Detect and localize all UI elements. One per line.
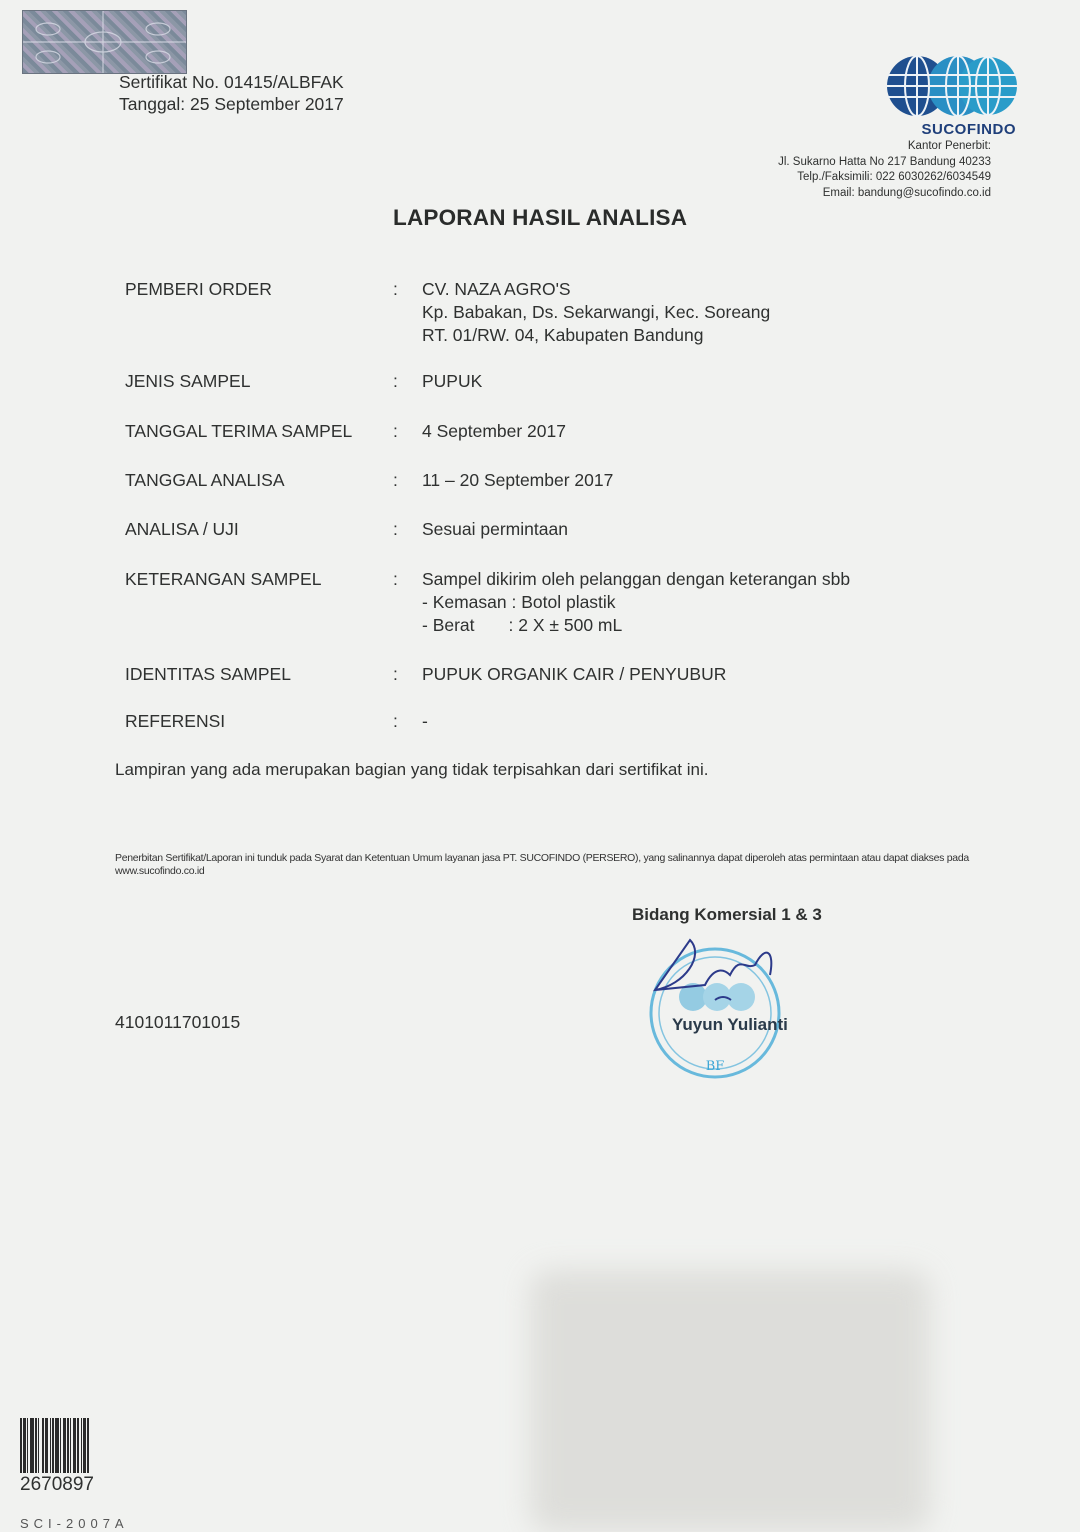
field-value: CV. NAZA AGRO'S Kp. Babakan, Ds. Sekarwa… [422, 278, 770, 347]
certificate-info: Sertifikat No. 01415/ALBFAK Tanggal: 25 … [119, 71, 344, 115]
form-code: SCI-2007A [20, 1516, 129, 1531]
hologram-security-seal [22, 10, 187, 74]
signature-department: Bidang Komersial 1 & 3 [632, 905, 822, 925]
sample-type: PUPUK [422, 370, 482, 393]
sample-packaging: - Kemasan : Botol plastik [422, 591, 850, 614]
client-address-line-2: RT. 01/RW. 04, Kabupaten Bandung [422, 324, 770, 347]
field-colon: : [393, 568, 398, 591]
certificate-number: Sertifikat No. 01415/ALBFAK [119, 71, 344, 93]
field-value: PUPUK ORGANIK CAIR / PENYUBUR [422, 663, 726, 686]
office-label: Kantor Penerbit: [778, 139, 991, 155]
client-address-line-1: Kp. Babakan, Ds. Sekarwangi, Kec. Sorean… [422, 301, 770, 324]
certificate-date: Tanggal: 25 September 2017 [119, 93, 344, 115]
sample-identity: PUPUK ORGANIK CAIR / PENYUBUR [422, 663, 726, 686]
field-colon: : [393, 663, 398, 686]
reference: - [422, 710, 428, 733]
barcode-number: 2670897 [20, 1474, 94, 1496]
scan-shadow [530, 1270, 930, 1532]
field-value: PUPUK [422, 370, 482, 393]
document-number: 4101011701015 [115, 1012, 240, 1033]
field-value: Sampel dikirim oleh pelanggan dengan ket… [422, 568, 850, 637]
field-value: Sesuai permintaan [422, 518, 568, 541]
attachment-note: Lampiran yang ada merupakan bagian yang … [115, 760, 708, 780]
field-label: JENIS SAMPEL [125, 370, 250, 393]
field-label: ANALISA / UJI [125, 518, 239, 541]
field-label: KETERANGAN SAMPEL [125, 568, 321, 591]
sample-description: Sampel dikirim oleh pelanggan dengan ket… [422, 568, 850, 591]
sample-weight: - Berat : 2 X ± 500 mL [422, 614, 850, 637]
office-email: Email: bandung@sucofindo.co.id [778, 186, 991, 202]
field-label: IDENTITAS SAMPEL [125, 663, 291, 686]
field-value: - [422, 710, 428, 733]
analysis-date: 11 – 20 September 2017 [422, 469, 613, 492]
stamp-text: BF [706, 1059, 725, 1074]
field-colon: : [393, 518, 398, 541]
field-value: 4 September 2017 [422, 420, 566, 443]
sucofindo-globe-logo-icon [886, 55, 1018, 117]
field-label: PEMBERI ORDER [125, 278, 272, 301]
disclaimer-text: Penerbitan Sertifikat/Laporan ini tunduk… [115, 852, 985, 878]
barcode [20, 1418, 167, 1473]
analysis-test: Sesuai permintaan [422, 518, 568, 541]
field-label: TANGGAL TERIMA SAMPEL [125, 420, 352, 443]
field-colon: : [393, 370, 398, 393]
hologram-pattern-icon [23, 11, 186, 73]
field-colon: : [393, 278, 398, 301]
field-value: 11 – 20 September 2017 [422, 469, 613, 492]
barcode-bar [89, 1418, 90, 1473]
field-colon: : [393, 469, 398, 492]
field-label: TANGGAL ANALISA [125, 469, 285, 492]
signer-name: Yuyun Yulianti [672, 1015, 788, 1035]
issuing-office-info: Kantor Penerbit: Jl. Sukarno Hatta No 21… [778, 139, 991, 201]
client-name: CV. NAZA AGRO'S [422, 278, 770, 301]
report-title: LAPORAN HASIL ANALISA [393, 205, 687, 231]
field-colon: : [393, 710, 398, 733]
field-colon: : [393, 420, 398, 443]
office-address: Jl. Sukarno Hatta No 217 Bandung 40233 [778, 155, 991, 171]
field-label: REFERENSI [125, 710, 225, 733]
official-stamp-icon: BF [645, 925, 785, 1080]
sample-received-date: 4 September 2017 [422, 420, 566, 443]
brand-name: SUCOFINDO [886, 121, 1016, 138]
office-phone: Telp./Faksimili: 022 6030262/6034549 [778, 170, 991, 186]
